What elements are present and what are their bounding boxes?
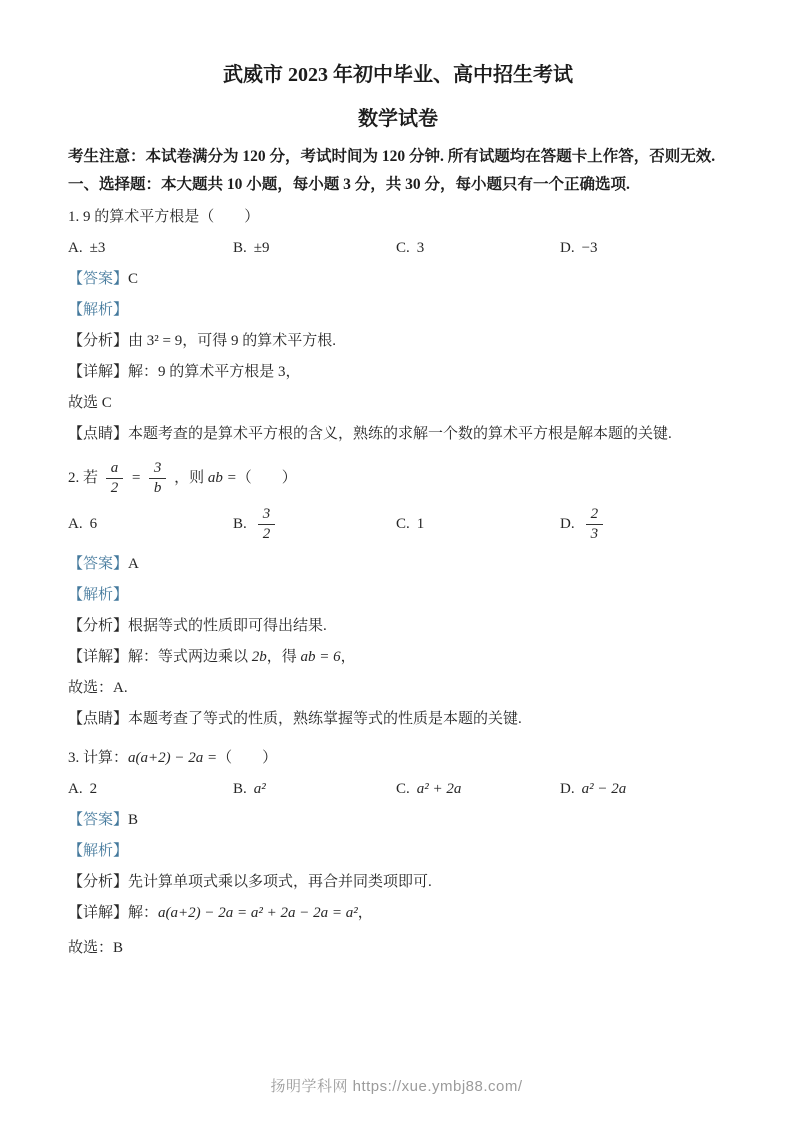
option-label: B. xyxy=(233,781,247,797)
q1-option-d: D.−3 xyxy=(560,235,728,261)
fraction-numerator: 2 xyxy=(586,506,604,525)
section-heading: 一、选择题：本大题共 10 小题，每小题 3 分，共 30 分，每小题只有一个正… xyxy=(68,172,728,197)
fraction-denominator: b xyxy=(149,479,167,497)
option-label: D. xyxy=(560,516,575,532)
fenxi-label: 【分析】 xyxy=(68,333,128,349)
q1-fenxi-line: 【分析】由 3² = 9，可得 9 的算术平方根. xyxy=(68,328,728,354)
q1-option-c: C.3 xyxy=(396,235,560,261)
q1-conclusion: 故选 C xyxy=(68,390,728,416)
xiangjie-text: 解：等式两边乘以 xyxy=(128,649,252,665)
q2-conclusion: 故选：A. xyxy=(68,675,728,701)
xiangjie-text: 解： xyxy=(128,905,158,921)
q3-stem-paren: （ ） xyxy=(217,750,277,766)
fenxi-text: 根据等式的性质即可得出结果. xyxy=(128,618,327,634)
q2-stem-math: ab = xyxy=(208,470,237,486)
fraction-3-over-2: 32 xyxy=(258,506,276,544)
option-value: 6 xyxy=(90,516,98,532)
dianjing-text: 本题考查了等式的性质，熟练掌握等式的性质是本题的关键. xyxy=(128,711,522,727)
option-value: ±9 xyxy=(254,240,270,256)
option-label: D. xyxy=(560,240,575,256)
q2-options: A.6 B.32 C.1 D.23 xyxy=(68,506,728,544)
fenxi-label: 【分析】 xyxy=(68,874,128,890)
dianjing-label: 【点睛】 xyxy=(68,711,128,727)
q1-stem: 1. 9 的算术平方根是（ ） xyxy=(68,204,728,230)
page-content: 武威市 2023 年初中毕业、高中招生考试 数学试卷 考生注意：本试卷满分为 1… xyxy=(68,58,728,966)
option-value: −3 xyxy=(582,240,598,256)
q3-fenxi-line: 【分析】先计算单项式乘以多项式，再合并同类项即可. xyxy=(68,869,728,895)
answer-value: C xyxy=(128,271,138,287)
jiexi-label: 【解析】 xyxy=(68,843,128,859)
fraction-numerator: 3 xyxy=(258,506,276,525)
q2-option-d: D.23 xyxy=(560,506,728,544)
fraction-numerator: a xyxy=(106,460,124,479)
q1-jiexi-line: 【解析】 xyxy=(68,297,728,323)
answer-label: 【答案】 xyxy=(68,812,128,828)
fraction-a-over-2: a2 xyxy=(106,460,124,498)
xiangjie-text: ， xyxy=(358,905,373,921)
q2-fenxi-line: 【分析】根据等式的性质即可得出结果. xyxy=(68,613,728,639)
q3-conclusion: 故选：B xyxy=(68,935,728,961)
option-label: C. xyxy=(396,781,410,797)
xiangjie-text: 解：9 的算术平方根是 3， xyxy=(128,364,301,380)
xiangjie-label: 【详解】 xyxy=(68,364,128,380)
q3-option-d: D.a² − 2a xyxy=(560,776,728,802)
fraction-denominator: 2 xyxy=(258,525,276,543)
q3-stem: 3. 计算：a(a+2) − 2a =（ ） xyxy=(68,745,728,771)
q2-stem-prefix: 2. 若 xyxy=(68,470,98,486)
option-value: a² − 2a xyxy=(582,781,627,797)
answer-value: A xyxy=(128,556,139,572)
q2-jiexi-line: 【解析】 xyxy=(68,582,728,608)
jiexi-label: 【解析】 xyxy=(68,587,128,603)
q3-option-a: A.2 xyxy=(68,776,233,802)
q2-dianjing-line: 【点睛】本题考查了等式的性质，熟练掌握等式的性质是本题的关键. xyxy=(68,706,728,732)
option-value: 2 xyxy=(90,781,98,797)
fraction-numerator: 3 xyxy=(149,460,167,479)
option-value: a² xyxy=(254,781,266,797)
q1-xiangjie-line: 【详解】解：9 的算术平方根是 3， xyxy=(68,359,728,385)
fraction-3-over-b: 3b xyxy=(149,460,167,498)
option-label: B. xyxy=(233,516,247,532)
answer-value: B xyxy=(128,812,138,828)
watermark-footer: 扬明学科网 https://xue.ymbj88.com/ xyxy=(0,1075,793,1096)
page-subtitle: 数学试卷 xyxy=(68,102,728,131)
q3-jiexi-line: 【解析】 xyxy=(68,838,728,864)
fenxi-label: 【分析】 xyxy=(68,618,128,634)
fraction-denominator: 2 xyxy=(106,479,124,497)
q2-option-b: B.32 xyxy=(233,506,396,544)
option-value: ±3 xyxy=(90,240,106,256)
jiexi-label: 【解析】 xyxy=(68,302,128,318)
q3-option-c: C.a² + 2a xyxy=(396,776,560,802)
math-2b: 2b xyxy=(252,649,267,665)
option-value: 3 xyxy=(417,240,425,256)
page-title: 武威市 2023 年初中毕业、高中招生考试 xyxy=(68,58,728,87)
math-ab-equals-6: ab = 6 xyxy=(301,649,341,665)
q2-answer-line: 【答案】A xyxy=(68,551,728,577)
q2-stem-mid: ，则 xyxy=(174,470,208,486)
q3-stem-prefix: 3. 计算： xyxy=(68,750,128,766)
q1-option-b: B.±9 xyxy=(233,235,396,261)
option-label: C. xyxy=(396,240,410,256)
answer-label: 【答案】 xyxy=(68,271,128,287)
q2-xiangjie-line: 【详解】解：等式两边乘以 2b，得 ab = 6， xyxy=(68,644,728,670)
xiangjie-text: ， xyxy=(341,649,356,665)
q2-option-c: C.1 xyxy=(396,511,560,537)
q2-stem-paren: （ ） xyxy=(237,470,297,486)
xiangjie-label: 【详解】 xyxy=(68,905,128,921)
answer-label: 【答案】 xyxy=(68,556,128,572)
dianjing-text: 本题考查的是算术平方根的含义，熟练的求解一个数的算术平方根是解本题的关键. xyxy=(128,426,672,442)
fenxi-text: 先计算单项式乘以多项式，再合并同类项即可. xyxy=(128,874,432,890)
option-label: A. xyxy=(68,516,83,532)
q2-stem: 2. 若 a2 = 3b ，则 ab =（ ） xyxy=(68,460,728,498)
q3-xiangjie-line: 【详解】解：a(a+2) − 2a = a² + 2a − 2a = a²， xyxy=(68,900,728,926)
fraction-denominator: 3 xyxy=(586,525,604,543)
option-label: A. xyxy=(68,240,83,256)
q3-options: A.2 B.a² C.a² + 2a D.a² − 2a xyxy=(68,776,728,802)
option-value: 1 xyxy=(417,516,425,532)
q3-answer-line: 【答案】B xyxy=(68,807,728,833)
option-value: a² + 2a xyxy=(417,781,462,797)
q3-stem-math: a(a+2) − 2a = xyxy=(128,750,217,766)
fenxi-text: 由 3² = 9，可得 9 的算术平方根. xyxy=(128,333,336,349)
equals-sign: = xyxy=(131,470,141,486)
q1-options: A.±3 B.±9 C.3 D.−3 xyxy=(68,235,728,261)
exam-document-page: 武威市 2023 年初中毕业、高中招生考试 数学试卷 考生注意：本试卷满分为 1… xyxy=(0,0,793,1122)
q3-option-b: B.a² xyxy=(233,776,396,802)
q1-answer-line: 【答案】C xyxy=(68,266,728,292)
xiangjie-text: ，得 xyxy=(267,649,301,665)
q1-dianjing-line: 【点睛】本题考查的是算术平方根的含义，熟练的求解一个数的算术平方根是解本题的关键… xyxy=(68,421,728,447)
option-label: C. xyxy=(396,516,410,532)
q1-option-a: A.±3 xyxy=(68,235,233,261)
exam-notice: 考生注意：本试卷满分为 120 分，考试时间为 120 分钟. 所有试题均在答题… xyxy=(68,144,728,169)
q3-xiangjie-math: a(a+2) − 2a = a² + 2a − 2a = a² xyxy=(158,905,358,921)
option-label: B. xyxy=(233,240,247,256)
fraction-2-over-3: 23 xyxy=(586,506,604,544)
option-label: D. xyxy=(560,781,575,797)
q2-option-a: A.6 xyxy=(68,511,233,537)
dianjing-label: 【点睛】 xyxy=(68,426,128,442)
xiangjie-label: 【详解】 xyxy=(68,649,128,665)
option-label: A. xyxy=(68,781,83,797)
